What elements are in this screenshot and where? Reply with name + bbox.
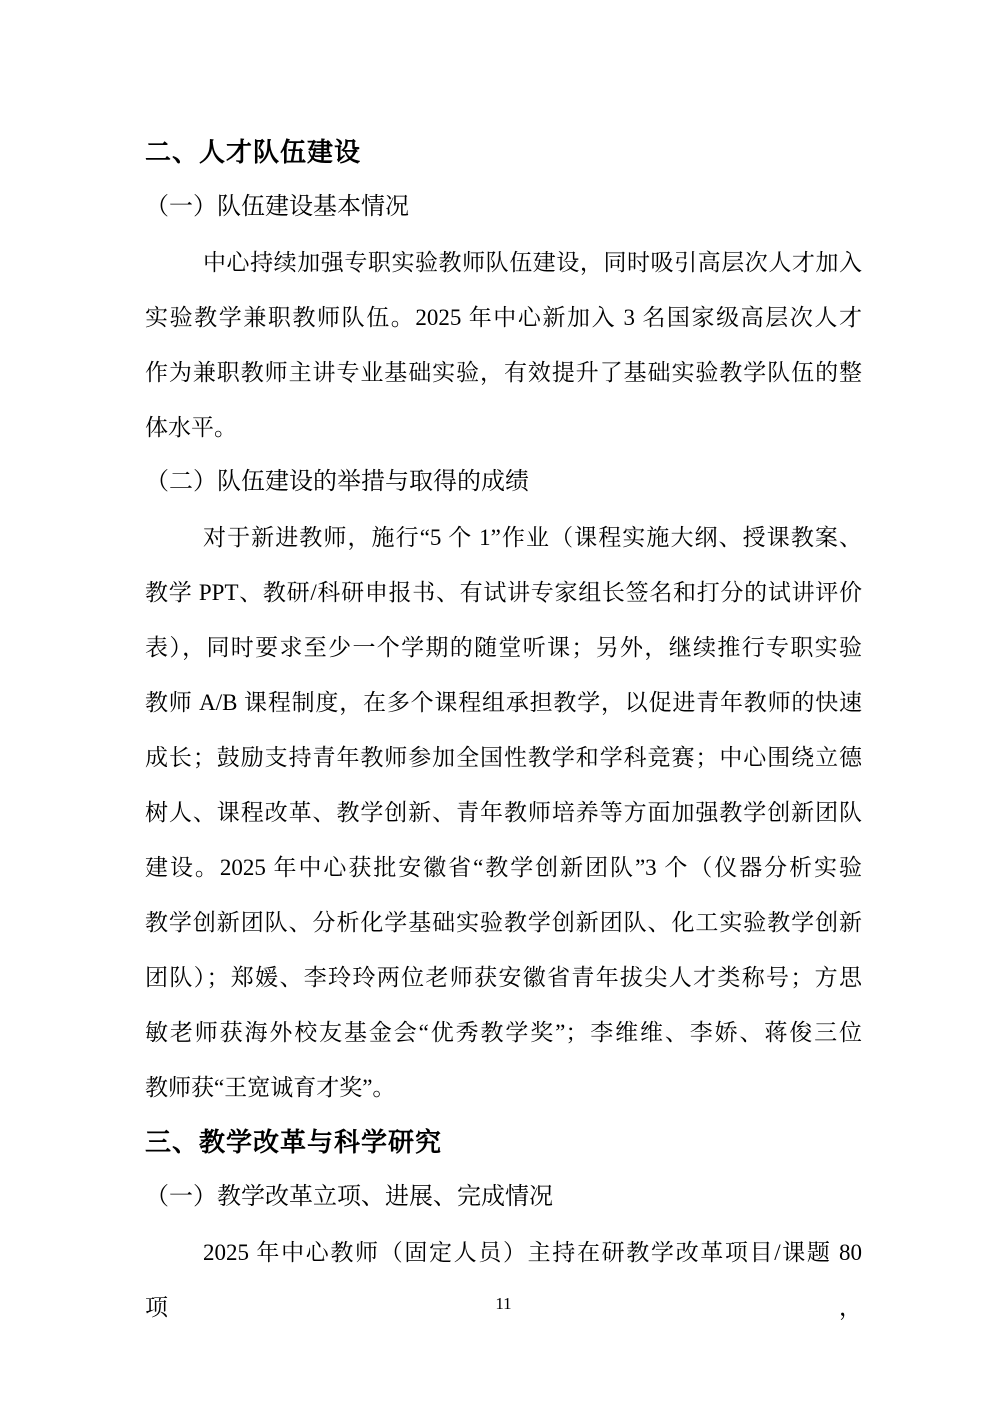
subsection-heading: （一）教学改革立项、进展、完成情况 [145, 1170, 862, 1225]
paragraph-line: 中心持续加强专职实验教师队伍建设，同时吸引高层次人才加入 [145, 235, 862, 290]
document-content: 二、人才队伍建设（一）队伍建设基本情况中心持续加强专职实验教师队伍建设，同时吸引… [145, 125, 862, 1335]
paragraph-line: 教学创新团队、分析化学基础实验教学创新团队、化工实验教学创新 [145, 895, 862, 950]
section-heading: 二、人才队伍建设 [145, 125, 862, 180]
paragraph-line: 作为兼职教师主讲专业基础实验，有效提升了基础实验教学队伍的整 [145, 345, 862, 400]
subsection-heading: （二）队伍建设的举措与取得的成绩 [145, 455, 862, 510]
paragraph-line: 2025 年中心教师（固定人员）主持在研教学改革项目/课题 80 项， [145, 1225, 862, 1335]
paragraph-line: 成长；鼓励支持青年教师参加全国性教学和学科竞赛；中心围绕立德 [145, 730, 862, 785]
paragraph-line: 教学 PPT、教研/科研申报书、有试讲专家组长签名和打分的试讲评价 [145, 565, 862, 620]
paragraph-line: 树人、课程改革、教学创新、青年教师培养等方面加强教学创新团队 [145, 785, 862, 840]
paragraph-line: 教师获“王宽诚育才奖”。 [145, 1060, 862, 1115]
subsection-heading: （一）队伍建设基本情况 [145, 180, 862, 235]
document-page: 二、人才队伍建设（一）队伍建设基本情况中心持续加强专职实验教师队伍建设，同时吸引… [0, 0, 1007, 1424]
paragraph-line: 教师 A/B 课程制度，在多个课程组承担教学，以促进青年教师的快速 [145, 675, 862, 730]
paragraph-line: 体水平。 [145, 400, 862, 455]
paragraph-line: 建设。2025 年中心获批安徽省“教学创新团队”3 个（仪器分析实验 [145, 840, 862, 895]
section-heading: 三、教学改革与科学研究 [145, 1115, 862, 1170]
paragraph-line: 实验教学兼职教师队伍。2025 年中心新加入 3 名国家级高层次人才 [145, 290, 862, 345]
paragraph-line: 团队）；郑媛、李玲玲两位老师获安徽省青年拔尖人才类称号；方思 [145, 950, 862, 1005]
paragraph-line: 对于新进教师，施行“5 个 1”作业（课程实施大纲、授课教案、 [145, 510, 862, 565]
paragraph-line: 敏老师获海外校友基金会“优秀教学奖”；李维维、李娇、蒋俊三位 [145, 1005, 862, 1060]
page-number: 11 [0, 1294, 1007, 1314]
paragraph-line: 表），同时要求至少一个学期的随堂听课；另外，继续推行专职实验 [145, 620, 862, 675]
